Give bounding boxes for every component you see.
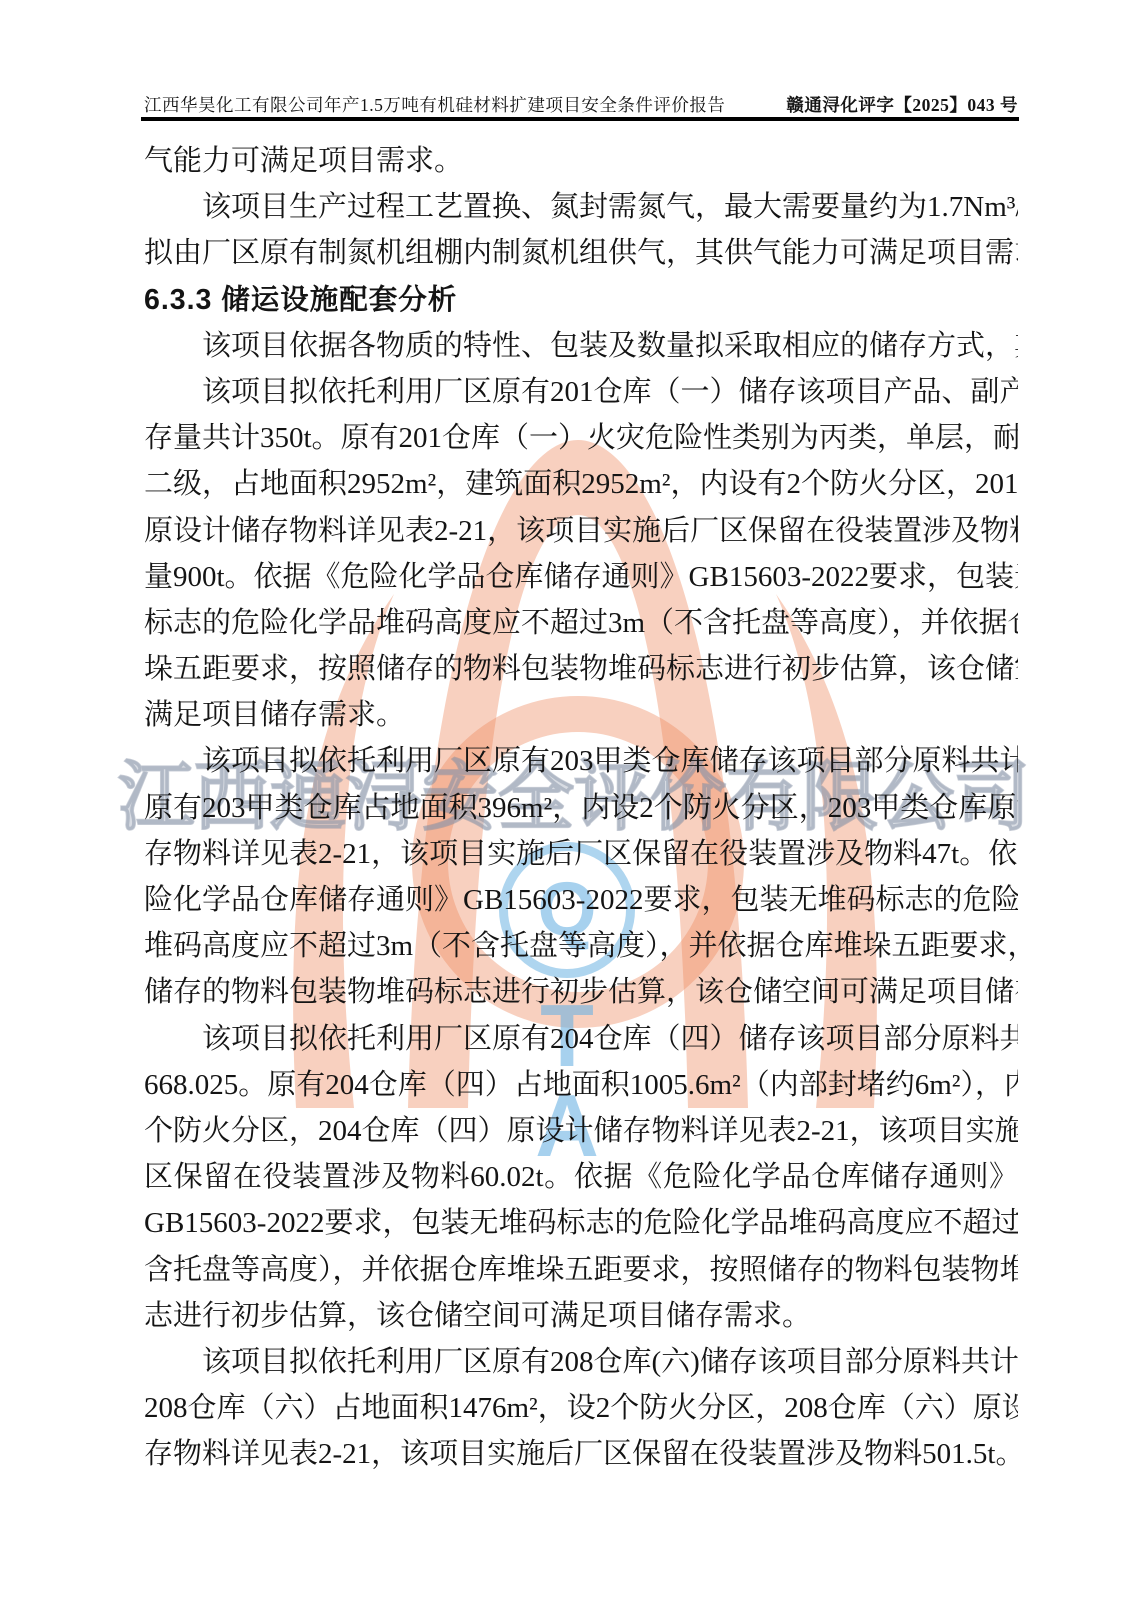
text-line: 该项目拟依托利用厂区原有201仓库（一）储存该项目产品、副产品储 xyxy=(144,369,1018,415)
text-line: 原有203甲类仓库占地面积396m²，内设2个防火分区，203甲类仓库原设计储 xyxy=(144,785,1018,831)
text-line: 堆码高度应不超过3m（不含托盘等高度），并依据仓库堆垛五距要求，按照 xyxy=(144,923,1018,969)
text-line: 该项目拟依托利用厂区原有208仓库(六)储存该项目部分原料共计609t。 xyxy=(144,1339,1018,1385)
page-header: 江西华昊化工有限公司年产1.5万吨有机硅材料扩建项目安全条件评价报告 赣通浔化评… xyxy=(144,92,1018,117)
text-line: 标志的危险化学品堆码高度应不超过3m（不含托盘等高度），并依据仓库堆 xyxy=(144,600,1018,646)
header-report-title: 江西华昊化工有限公司年产1.5万吨有机硅材料扩建项目安全条件评价报告 xyxy=(144,92,725,117)
text-line: 原设计储存物料详见表2-21，该项目实施后厂区保留在役装置涉及物料储存 xyxy=(144,508,1018,554)
text-line: 存物料详见表2-21，该项目实施后厂区保留在役装置涉及物料501.5t。依据 xyxy=(144,1431,1018,1477)
text-line: 二级，占地面积2952m²，建筑面积2952m²，内设有2个防火分区，201仓库… xyxy=(144,461,1018,507)
text-line: 208仓库（六）占地面积1476m²，设2个防火分区，208仓库（六）原设计储 xyxy=(144,1385,1018,1431)
text-line: 储存的物料包装物堆码标志进行初步估算，该仓储空间可满足项目储存需求。 xyxy=(144,969,1018,1015)
text-line: 该项目生产过程工艺置换、氮封需氮气，最大需要量约为1.7Nm³/min， xyxy=(144,184,1018,230)
text-line: 个防火分区，204仓库（四）原设计储存物料详见表2-21，该项目实施后厂 xyxy=(144,1108,1018,1154)
text-line: GB15603-2022要求，包装无堆码标志的危险化学品堆码高度应不超过3m（不 xyxy=(144,1200,1018,1246)
text-line: 气能力可满足项目需求。 xyxy=(144,138,1018,184)
text-line: 该项目依据各物质的特性、包装及数量拟采取相应的储存方式，其中： xyxy=(144,323,1018,369)
text-line: 该项目拟依托利用厂区原有204仓库（四）储存该项目部分原料共计 xyxy=(144,1016,1018,1062)
section-heading: 6.3.3 储运设施配套分析 xyxy=(144,277,1018,323)
report-page: 江西华昊化工有限公司年产1.5万吨有机硅材料扩建项目安全条件评价报告 赣通浔化评… xyxy=(0,0,1131,1600)
text-line: 满足项目储存需求。 xyxy=(144,692,1018,738)
text-line: 区保留在役装置涉及物料60.02t。依据《危险化学品仓库储存通则》 xyxy=(144,1154,1018,1200)
document-body: 气能力可满足项目需求。该项目生产过程工艺置换、氮封需氮气，最大需要量约为1.7N… xyxy=(144,138,1018,1477)
text-line: 险化学品仓库储存通则》GB15603-2022要求，包装无堆码标志的危险化学品 xyxy=(144,877,1018,923)
text-line: 垛五距要求，按照储存的物料包装物堆码标志进行初步估算，该仓储空间可 xyxy=(144,646,1018,692)
header-document-number: 赣通浔化评字【2025】043 号 xyxy=(786,92,1018,117)
text-line: 存量共计350t。原有201仓库（一）火灾危险性类别为丙类，单层，耐火等级 xyxy=(144,415,1018,461)
text-line: 志进行初步估算，该仓储空间可满足项目储存需求。 xyxy=(144,1293,1018,1339)
header-rule xyxy=(141,117,1019,121)
text-line: 拟由厂区原有制氮机组棚内制氮机组供气，其供气能力可满足项目需求。 xyxy=(144,230,1018,276)
text-line: 668.025。原有204仓库（四）占地面积1005.6m²（内部封堵约6m²）… xyxy=(144,1062,1018,1108)
text-line: 存物料详见表2-21，该项目实施后厂区保留在役装置涉及物料47t。依据《危 xyxy=(144,831,1018,877)
text-line: 该项目拟依托利用厂区原有203甲类仓库储存该项目部分原料共计0.5t。 xyxy=(144,738,1018,784)
text-line: 含托盘等高度），并依据仓库堆垛五距要求，按照储存的物料包装物堆码标 xyxy=(144,1247,1018,1293)
text-line: 量900t。依据《危险化学品仓库储存通则》GB15603-2022要求，包装无堆… xyxy=(144,554,1018,600)
